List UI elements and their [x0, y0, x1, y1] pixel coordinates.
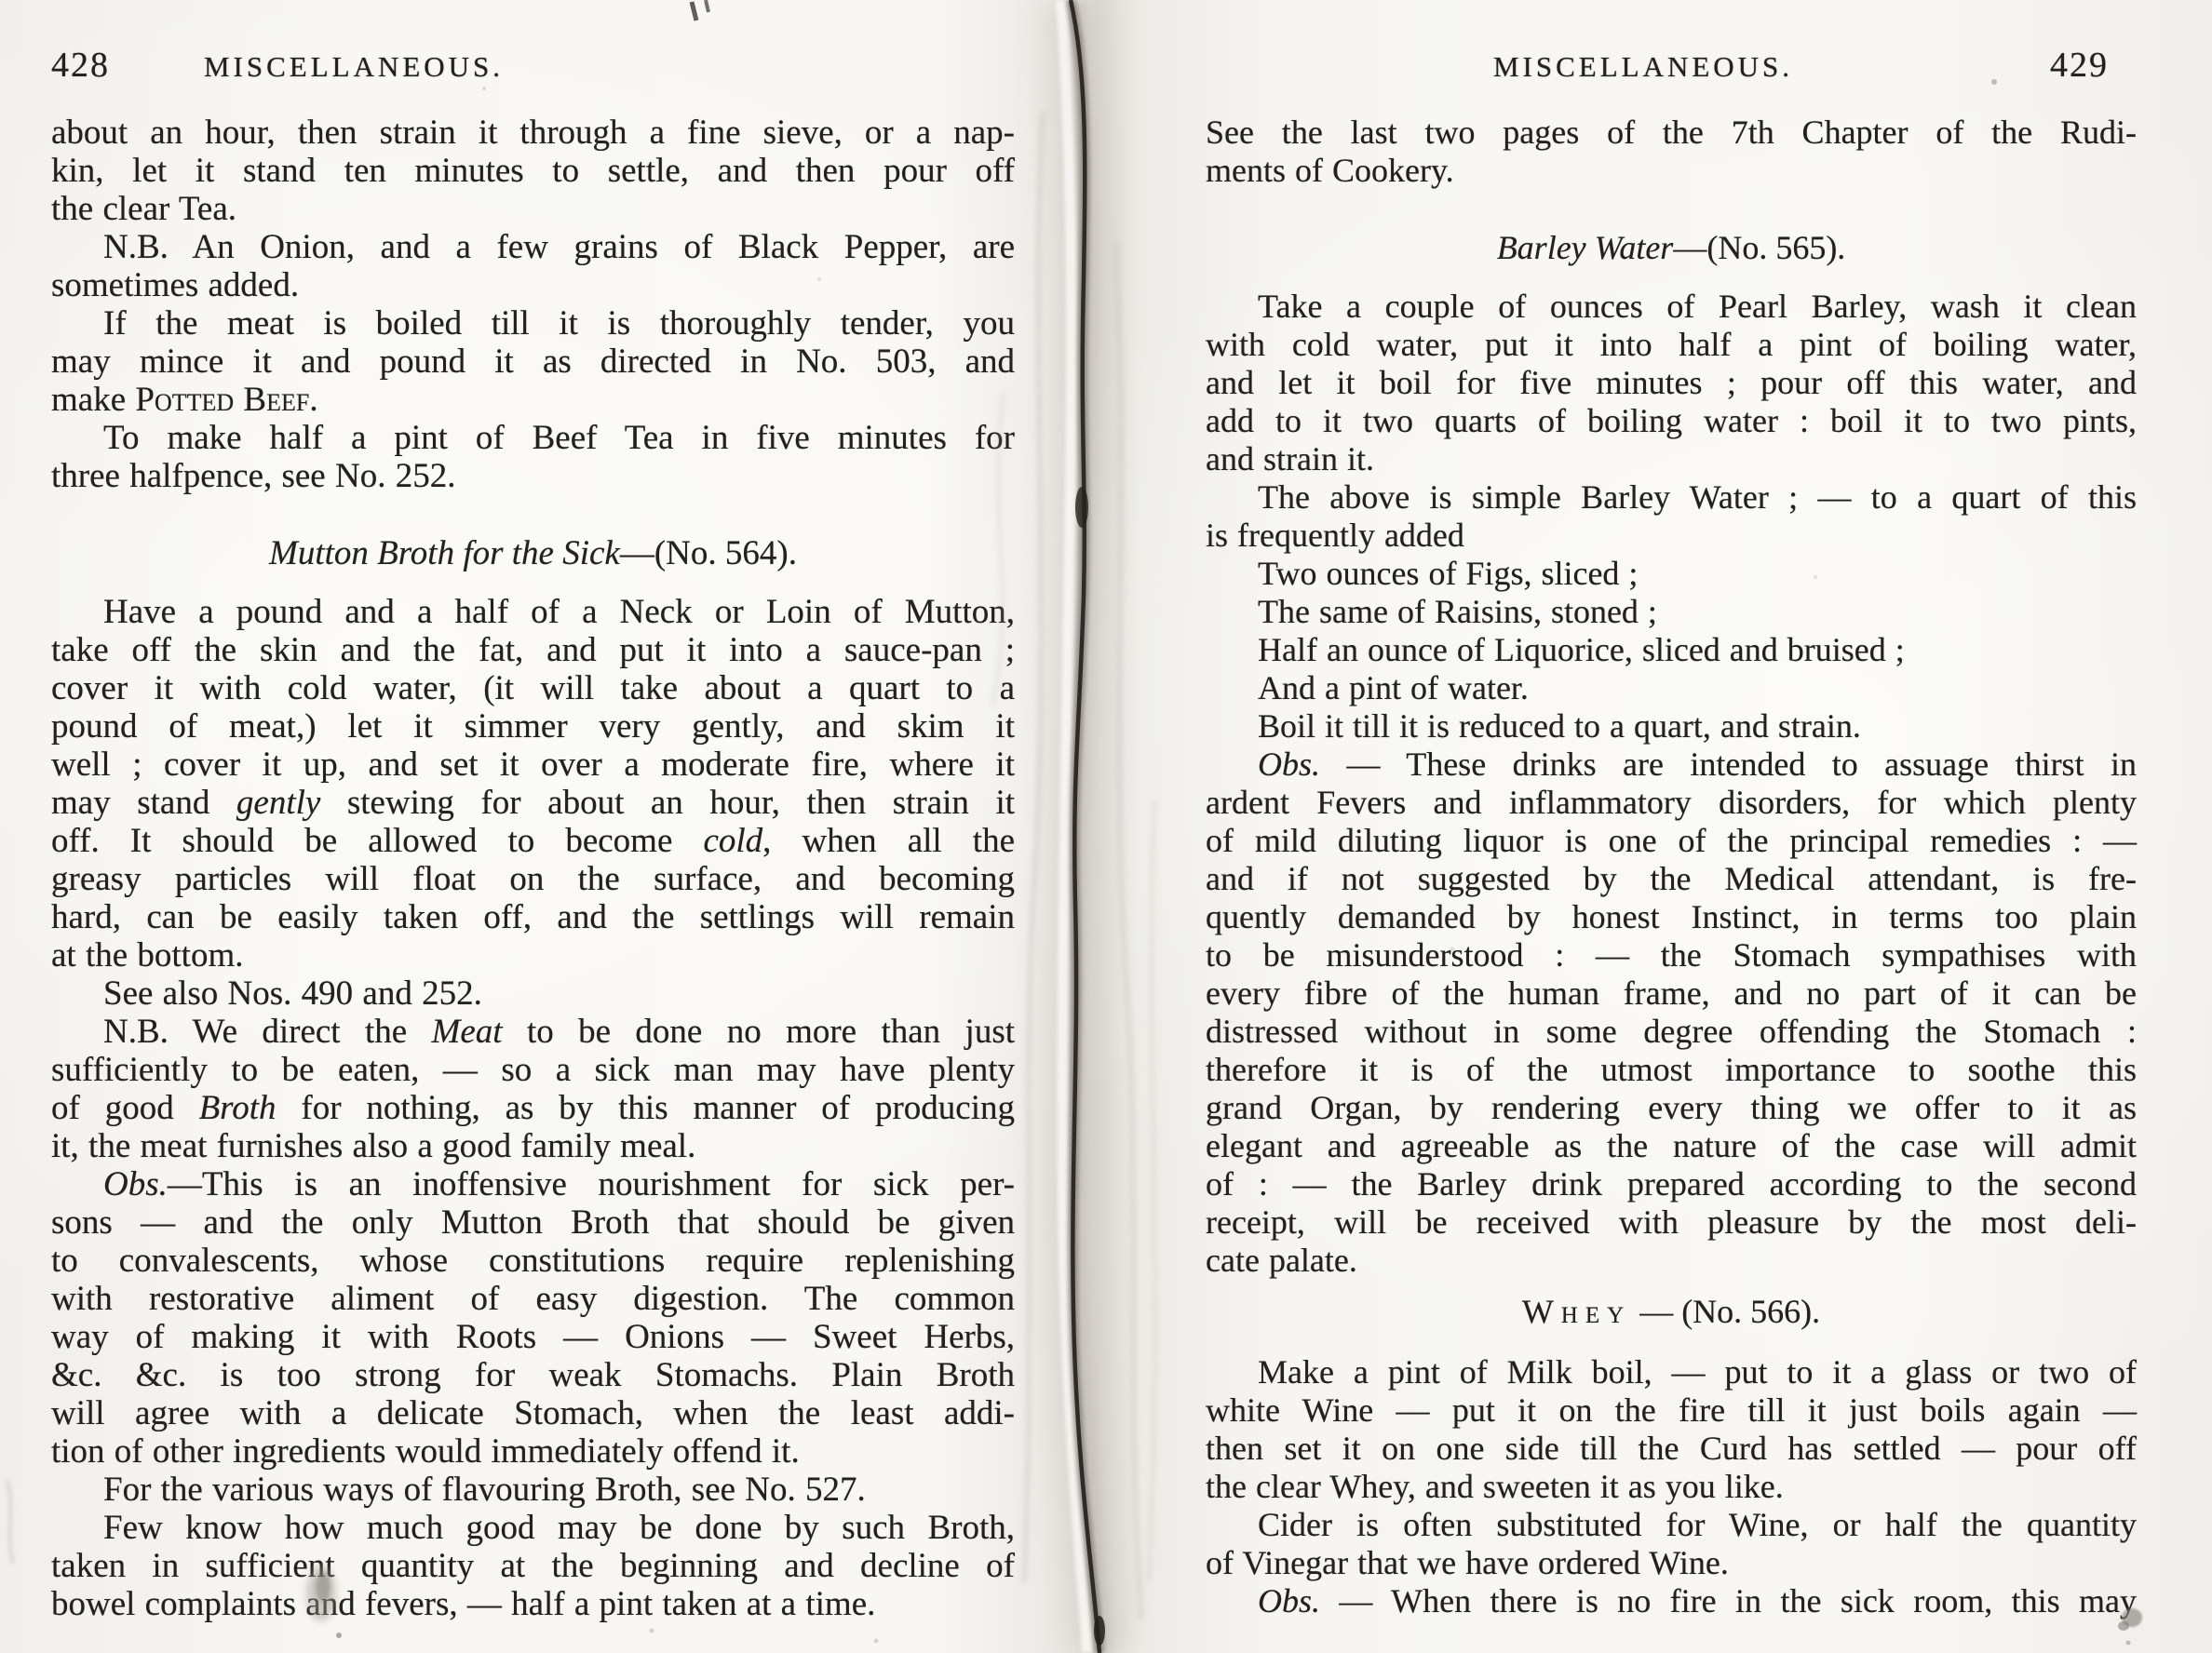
paragraph: The above is simple Barley Water ; — to …	[1206, 478, 2137, 555]
text-segment: The above is simple Barley Water ; — to …	[1258, 478, 2137, 516]
recipe-heading: Mutton Broth for the Sick—(No. 564).	[51, 534, 1015, 572]
text-segment: cold	[703, 822, 762, 860]
text-segment: of Vinegar that we have ordered Wine.	[1206, 1544, 1729, 1581]
text-line: the clear Tea.	[51, 190, 1015, 228]
text-line: may stand gently stewing for about an ho…	[51, 784, 1015, 822]
text-line: of Vinegar that we have ordered Wine.	[1206, 1544, 2137, 1582]
text-segment: may mince it and pound it as directed in…	[51, 343, 1015, 381]
right-page-body: See the last two pages of the 7th Chapte…	[1206, 114, 2137, 1620]
text-line: ardent Fevers and inflammatory disorders…	[1206, 784, 2137, 822]
text-segment: N.B. An Onion, and a few grains of Black…	[103, 228, 1015, 266]
text-segment: —(No. 565).	[1673, 229, 1845, 266]
text-segment: at the bottom.	[51, 936, 244, 974]
text-segment: stewing for about an hour, then strain i…	[320, 784, 1015, 822]
text-line: white Wine — put it on the fire till it …	[1206, 1391, 2137, 1430]
text-line: Two ounces of Figs, sliced ;	[1206, 555, 2137, 593]
text-segment: white Wine — put it on the fire till it …	[1206, 1391, 2137, 1429]
text-line: Few know how much good may be done by su…	[51, 1509, 1015, 1547]
text-line: Half an ounce of Liquorice, sliced and b…	[1206, 631, 2137, 669]
text-segment: may stand	[51, 784, 236, 822]
paragraph: See the last two pages of the 7th Chapte…	[1206, 114, 2137, 190]
text-line: tion of other ingredients would immediat…	[51, 1432, 1015, 1471]
paragraph: Boil it till it is reduced to a quart, a…	[1206, 707, 2137, 746]
text-line: cover it with cold water, (it will take …	[51, 669, 1015, 707]
text-line: quently demanded by honest Instinct, in …	[1206, 898, 2137, 936]
paragraph: The same of Raisins, stoned ;	[1206, 593, 2137, 631]
text-line: to convalescents, whose constitutions re…	[51, 1242, 1015, 1280]
text-segment: Barley Water	[1497, 229, 1674, 266]
text-segment: The same of Raisins, stoned ;	[1258, 593, 1657, 630]
text-segment: Make a pint of Milk boil, — put to it a …	[1258, 1353, 2137, 1391]
text-line: receipt, will be received with pleasure …	[1206, 1203, 2137, 1242]
text-segment: Obs.	[1258, 746, 1320, 783]
text-segment: Potted Beef	[135, 381, 309, 419]
text-line: pound of meat,) let it simmer very gentl…	[51, 707, 1015, 746]
text-line: way of making it with Roots — Onions — S…	[51, 1318, 1015, 1356]
text-line: about an hour, then strain it through a …	[51, 114, 1015, 152]
text-segment: make	[51, 381, 135, 419]
text-segment: to be done no more than just	[503, 1013, 1015, 1051]
text-line: distressed without in some degree offend…	[1206, 1013, 2137, 1051]
paragraph: Have a pound and a half of a Neck or Loi…	[51, 593, 1015, 974]
text-line: take off the skin and the fat, and put i…	[51, 631, 1015, 669]
text-segment: greasy particles will float on the surfa…	[51, 860, 1015, 898]
text-line: Obs.—This is an inoffensive nourishment …	[51, 1165, 1015, 1203]
text-segment: then set it on one side till the Curd ha…	[1206, 1430, 2137, 1467]
running-head-right: MISCELLANEOUS.	[1364, 50, 1922, 84]
text-line: grand Organ, by rendering every thing we…	[1206, 1089, 2137, 1127]
text-line: cate palate.	[1206, 1242, 2137, 1280]
text-segment: Take a couple of ounces of Pearl Barley,…	[1258, 288, 2137, 325]
text-line: every fibre of the human frame, and no p…	[1206, 974, 2137, 1013]
text-line: For the various ways of flavouring Broth…	[51, 1471, 1015, 1509]
text-line: it, the meat furnishes also a good famil…	[51, 1127, 1015, 1165]
text-segment: add to it two quarts of boiling water : …	[1206, 402, 2137, 439]
text-line: To make half a pint of Beef Tea in five …	[51, 419, 1015, 457]
text-line: well ; cover it up, and set it over a mo…	[51, 746, 1015, 784]
text-line: of good Broth for nothing, as by this ma…	[51, 1089, 1015, 1127]
text-line: sons — and the only Mutton Broth that sh…	[51, 1203, 1015, 1242]
text-line: ments of Cookery.	[1206, 152, 2137, 190]
recipe-heading: Barley Water—(No. 565).	[1206, 229, 2137, 267]
text-line: See also Nos. 490 and 252.	[51, 974, 1015, 1013]
recipe-heading: Whey — (No. 566).	[1206, 1293, 2137, 1331]
text-segment: three halfpence, see No. 252.	[51, 457, 455, 495]
text-segment: receipt, will be received with pleasure …	[1206, 1203, 2137, 1241]
text-segment: elegant and agreeable as the nature of t…	[1206, 1127, 2137, 1164]
text-segment: —This is an inoffensive nourishment for …	[168, 1165, 1015, 1203]
text-segment: — These drinks are intended to assuage t…	[1320, 746, 2137, 783]
text-segment: kin, let it stand ten minutes to settle,…	[51, 152, 1015, 190]
paragraph: Cider is often substituted for Wine, or …	[1206, 1506, 2137, 1582]
paragraph: Obs. — These drinks are intended to assu…	[1206, 746, 2137, 1280]
text-segment: .	[309, 381, 317, 419]
text-line: therefore it is of the utmost importance…	[1206, 1051, 2137, 1089]
text-segment: Mutton Broth for the Sick	[269, 534, 620, 572]
text-segment: N.B. We direct the	[103, 1013, 432, 1051]
text-line: The above is simple Barley Water ; — to …	[1206, 478, 2137, 517]
text-line: to be misunderstood : — the Stomach symp…	[1206, 936, 2137, 974]
text-line: The same of Raisins, stoned ;	[1206, 593, 2137, 631]
text-segment: pound of meat,) let it simmer very gentl…	[51, 707, 1015, 746]
text-line: Obs. — When there is no fire in the sick…	[1206, 1582, 2137, 1620]
text-line: may mince it and pound it as directed in…	[51, 343, 1015, 381]
text-line: If the meat is boiled till it is thoroug…	[51, 304, 1015, 343]
text-segment: See also Nos. 490 and 252.	[103, 974, 482, 1013]
text-segment: Half an ounce of Liquorice, sliced and b…	[1258, 631, 1905, 668]
text-segment: Boil it till it is reduced to a quart, a…	[1258, 707, 1861, 745]
text-line: Boil it till it is reduced to a quart, a…	[1206, 707, 2137, 746]
text-line: taken in sufficient quantity at the begi…	[51, 1547, 1015, 1585]
text-line: and let it boil for five minutes ; pour …	[1206, 364, 2137, 402]
text-segment: gently	[236, 784, 320, 822]
text-segment: sons — and the only Mutton Broth that sh…	[51, 1203, 1015, 1242]
text-segment: Broth	[199, 1089, 276, 1127]
text-line: with cold water, put it into half a pint…	[1206, 326, 2137, 364]
left-running-header: 428 MISCELLANEOUS.	[51, 47, 1015, 87]
text-segment: of good	[51, 1089, 199, 1127]
text-line: make Potted Beef.	[51, 381, 1015, 419]
text-line: sufficiently to be eaten, — so a sick ma…	[51, 1051, 1015, 1089]
paragraph: If the meat is boiled till it is thoroug…	[51, 304, 1015, 419]
text-segment: — When there is no fire in the sick room…	[1320, 1582, 2137, 1619]
text-segment: Whey	[1522, 1293, 1631, 1330]
text-segment: to convalescents, whose constitutions re…	[51, 1242, 1015, 1280]
text-line: sometimes added.	[51, 266, 1015, 304]
text-line: bowel complaints and fevers, — half a pi…	[51, 1585, 1015, 1623]
text-line: hard, can be easily taken off, and the s…	[51, 898, 1015, 936]
text-line: off. It should be allowed to become cold…	[51, 822, 1015, 860]
text-segment: Two ounces of Figs, sliced ;	[1258, 555, 1638, 592]
text-segment: and strain it.	[1206, 440, 1374, 477]
paragraph: Obs. — When there is no fire in the sick…	[1206, 1582, 2137, 1620]
text-line: is frequently added	[1206, 517, 2137, 555]
text-segment: off. It should be allowed to become	[51, 822, 703, 860]
text-line: kin, let it stand ten minutes to settle,…	[51, 152, 1015, 190]
text-segment: distressed without in some degree offend…	[1206, 1013, 2137, 1050]
text-line: the clear Whey, and sweeten it as you li…	[1206, 1468, 2137, 1506]
text-segment: cate palate.	[1206, 1242, 1357, 1279]
paragraph: about an hour, then strain it through a …	[51, 114, 1015, 228]
text-segment: Have a pound and a half of a Neck or Loi…	[103, 593, 1015, 631]
text-segment: and if not suggested by the Medical atte…	[1206, 860, 2137, 897]
text-line: add to it two quarts of boiling water : …	[1206, 402, 2137, 440]
text-line: Cider is often substituted for Wine, or …	[1206, 1506, 2137, 1544]
text-segment: to be misunderstood : — the Stomach symp…	[1206, 936, 2137, 974]
page-number-right: 429	[2050, 47, 2109, 84]
text-line: N.B. An Onion, and a few grains of Black…	[51, 228, 1015, 266]
text-segment: ments of Cookery.	[1206, 152, 1454, 189]
text-line: elegant and agreeable as the nature of t…	[1206, 1127, 2137, 1165]
right-page: MISCELLANEOUS. 429 See the last two page…	[1206, 0, 2137, 1653]
paragraph: Make a pint of Milk boil, — put to it a …	[1206, 1353, 2137, 1506]
text-segment: well ; cover it up, and set it over a mo…	[51, 746, 1015, 784]
text-segment: tion of other ingredients would immediat…	[51, 1432, 800, 1471]
text-segment: taken in sufficient quantity at the begi…	[51, 1547, 1015, 1585]
text-segment: See the last two pages of the 7th Chapte…	[1206, 114, 2137, 151]
text-segment: of mild diluting liquor is one of the pr…	[1206, 822, 2137, 859]
text-line: and if not suggested by the Medical atte…	[1206, 860, 2137, 898]
text-line: N.B. We direct the Meat to be done no mo…	[51, 1013, 1015, 1051]
paragraph: Half an ounce of Liquorice, sliced and b…	[1206, 631, 2137, 669]
text-segment: bowel complaints and fevers, — half a pi…	[51, 1585, 875, 1623]
text-segment: For the various ways of flavouring Broth…	[103, 1471, 866, 1509]
text-segment: Meat	[432, 1013, 503, 1051]
text-segment: of : — the Barley drink prepared accordi…	[1206, 1165, 2137, 1203]
text-line: then set it on one side till the Curd ha…	[1206, 1430, 2137, 1468]
text-line: Obs. — These drinks are intended to assu…	[1206, 746, 2137, 784]
text-segment: To make half a pint of Beef Tea in five …	[103, 419, 1015, 457]
text-segment: grand Organ, by rendering every thing we…	[1206, 1089, 2137, 1126]
text-segment: sufficiently to be eaten, — so a sick ma…	[51, 1051, 1015, 1089]
text-segment: hard, can be easily taken off, and the s…	[51, 898, 1015, 936]
paragraph: Take a couple of ounces of Pearl Barley,…	[1206, 288, 2137, 478]
text-segment: ardent Fevers and inflammatory disorders…	[1206, 784, 2137, 821]
paragraph: Obs.—This is an inoffensive nourishment …	[51, 1165, 1015, 1471]
paragraph: Few know how much good may be done by su…	[51, 1509, 1015, 1623]
text-segment: Cider is often substituted for Wine, or …	[1258, 1506, 2137, 1543]
text-line: &c. &c. is too strong for weak Stomachs.…	[51, 1356, 1015, 1394]
text-segment: therefore it is of the utmost importance…	[1206, 1051, 2137, 1088]
text-segment: take off the skin and the fat, and put i…	[51, 631, 1015, 669]
text-segment: And a pint of water.	[1258, 669, 1529, 706]
text-line: and strain it.	[1206, 440, 2137, 478]
paragraph: For the various ways of flavouring Broth…	[51, 1471, 1015, 1509]
text-segment: way of making it with Roots — Onions — S…	[51, 1318, 1015, 1356]
text-segment: , when all the	[762, 822, 1015, 860]
text-segment: with restorative aliment of easy digesti…	[51, 1280, 1015, 1318]
text-segment: Few know how much good may be done by su…	[103, 1509, 1015, 1547]
text-line: three halfpence, see No. 252.	[51, 457, 1015, 495]
text-line: at the bottom.	[51, 936, 1015, 974]
text-line: Take a couple of ounces of Pearl Barley,…	[1206, 288, 2137, 326]
paragraph: And a pint of water.	[1206, 669, 2137, 707]
text-segment: will agree with a delicate Stomach, when…	[51, 1394, 1015, 1432]
text-segment: sometimes added.	[51, 266, 299, 304]
text-line: with restorative aliment of easy digesti…	[51, 1280, 1015, 1318]
paragraph: Two ounces of Figs, sliced ;	[1206, 555, 2137, 593]
text-line: Make a pint of Milk boil, — put to it a …	[1206, 1353, 2137, 1391]
text-segment: every fibre of the human frame, and no p…	[1206, 974, 2137, 1012]
paragraph: See also Nos. 490 and 252.	[51, 974, 1015, 1013]
text-line: will agree with a delicate Stomach, when…	[51, 1394, 1015, 1432]
text-line: And a pint of water.	[1206, 669, 2137, 707]
text-line: Have a pound and a half of a Neck or Loi…	[51, 593, 1015, 631]
text-segment: and let it boil for five minutes ; pour …	[1206, 364, 2137, 401]
paragraph: To make half a pint of Beef Tea in five …	[51, 419, 1015, 495]
text-segment: about an hour, then strain it through a …	[51, 114, 1015, 152]
text-segment: for nothing, as by this manner of produc…	[276, 1089, 1016, 1127]
text-segment: If the meat is boiled till it is thoroug…	[103, 304, 1015, 343]
text-line: See the last two pages of the 7th Chapte…	[1206, 114, 2137, 152]
text-segment: it, the meat furnishes also a good famil…	[51, 1127, 695, 1165]
text-line: of mild diluting liquor is one of the pr…	[1206, 822, 2137, 860]
text-segment: is frequently added	[1206, 517, 1464, 554]
text-segment: with cold water, put it into half a pint…	[1206, 326, 2137, 363]
text-segment: the clear Whey, and sweeten it as you li…	[1206, 1468, 1784, 1505]
text-segment: Obs.	[1258, 1582, 1320, 1619]
right-running-header: MISCELLANEOUS. 429	[1206, 47, 2137, 87]
text-segment: —(No. 564).	[620, 534, 797, 572]
text-line: greasy particles will float on the surfa…	[51, 860, 1015, 898]
left-page: 428 MISCELLANEOUS. about an hour, then s…	[51, 0, 1015, 1653]
left-page-body: about an hour, then strain it through a …	[51, 114, 1015, 1623]
text-segment: &c. &c. is too strong for weak Stomachs.…	[51, 1356, 1015, 1394]
paragraph: N.B. We direct the Meat to be done no mo…	[51, 1013, 1015, 1165]
text-segment: the clear Tea.	[51, 190, 236, 228]
running-head-left: MISCELLANEOUS.	[61, 50, 647, 84]
text-segment: quently demanded by honest Instinct, in …	[1206, 898, 2137, 935]
text-segment: Obs.	[103, 1165, 168, 1203]
text-line: of : — the Barley drink prepared accordi…	[1206, 1165, 2137, 1203]
text-segment: cover it with cold water, (it will take …	[51, 669, 1015, 707]
paragraph: N.B. An Onion, and a few grains of Black…	[51, 228, 1015, 304]
text-segment: — (No. 566).	[1631, 1293, 1820, 1330]
